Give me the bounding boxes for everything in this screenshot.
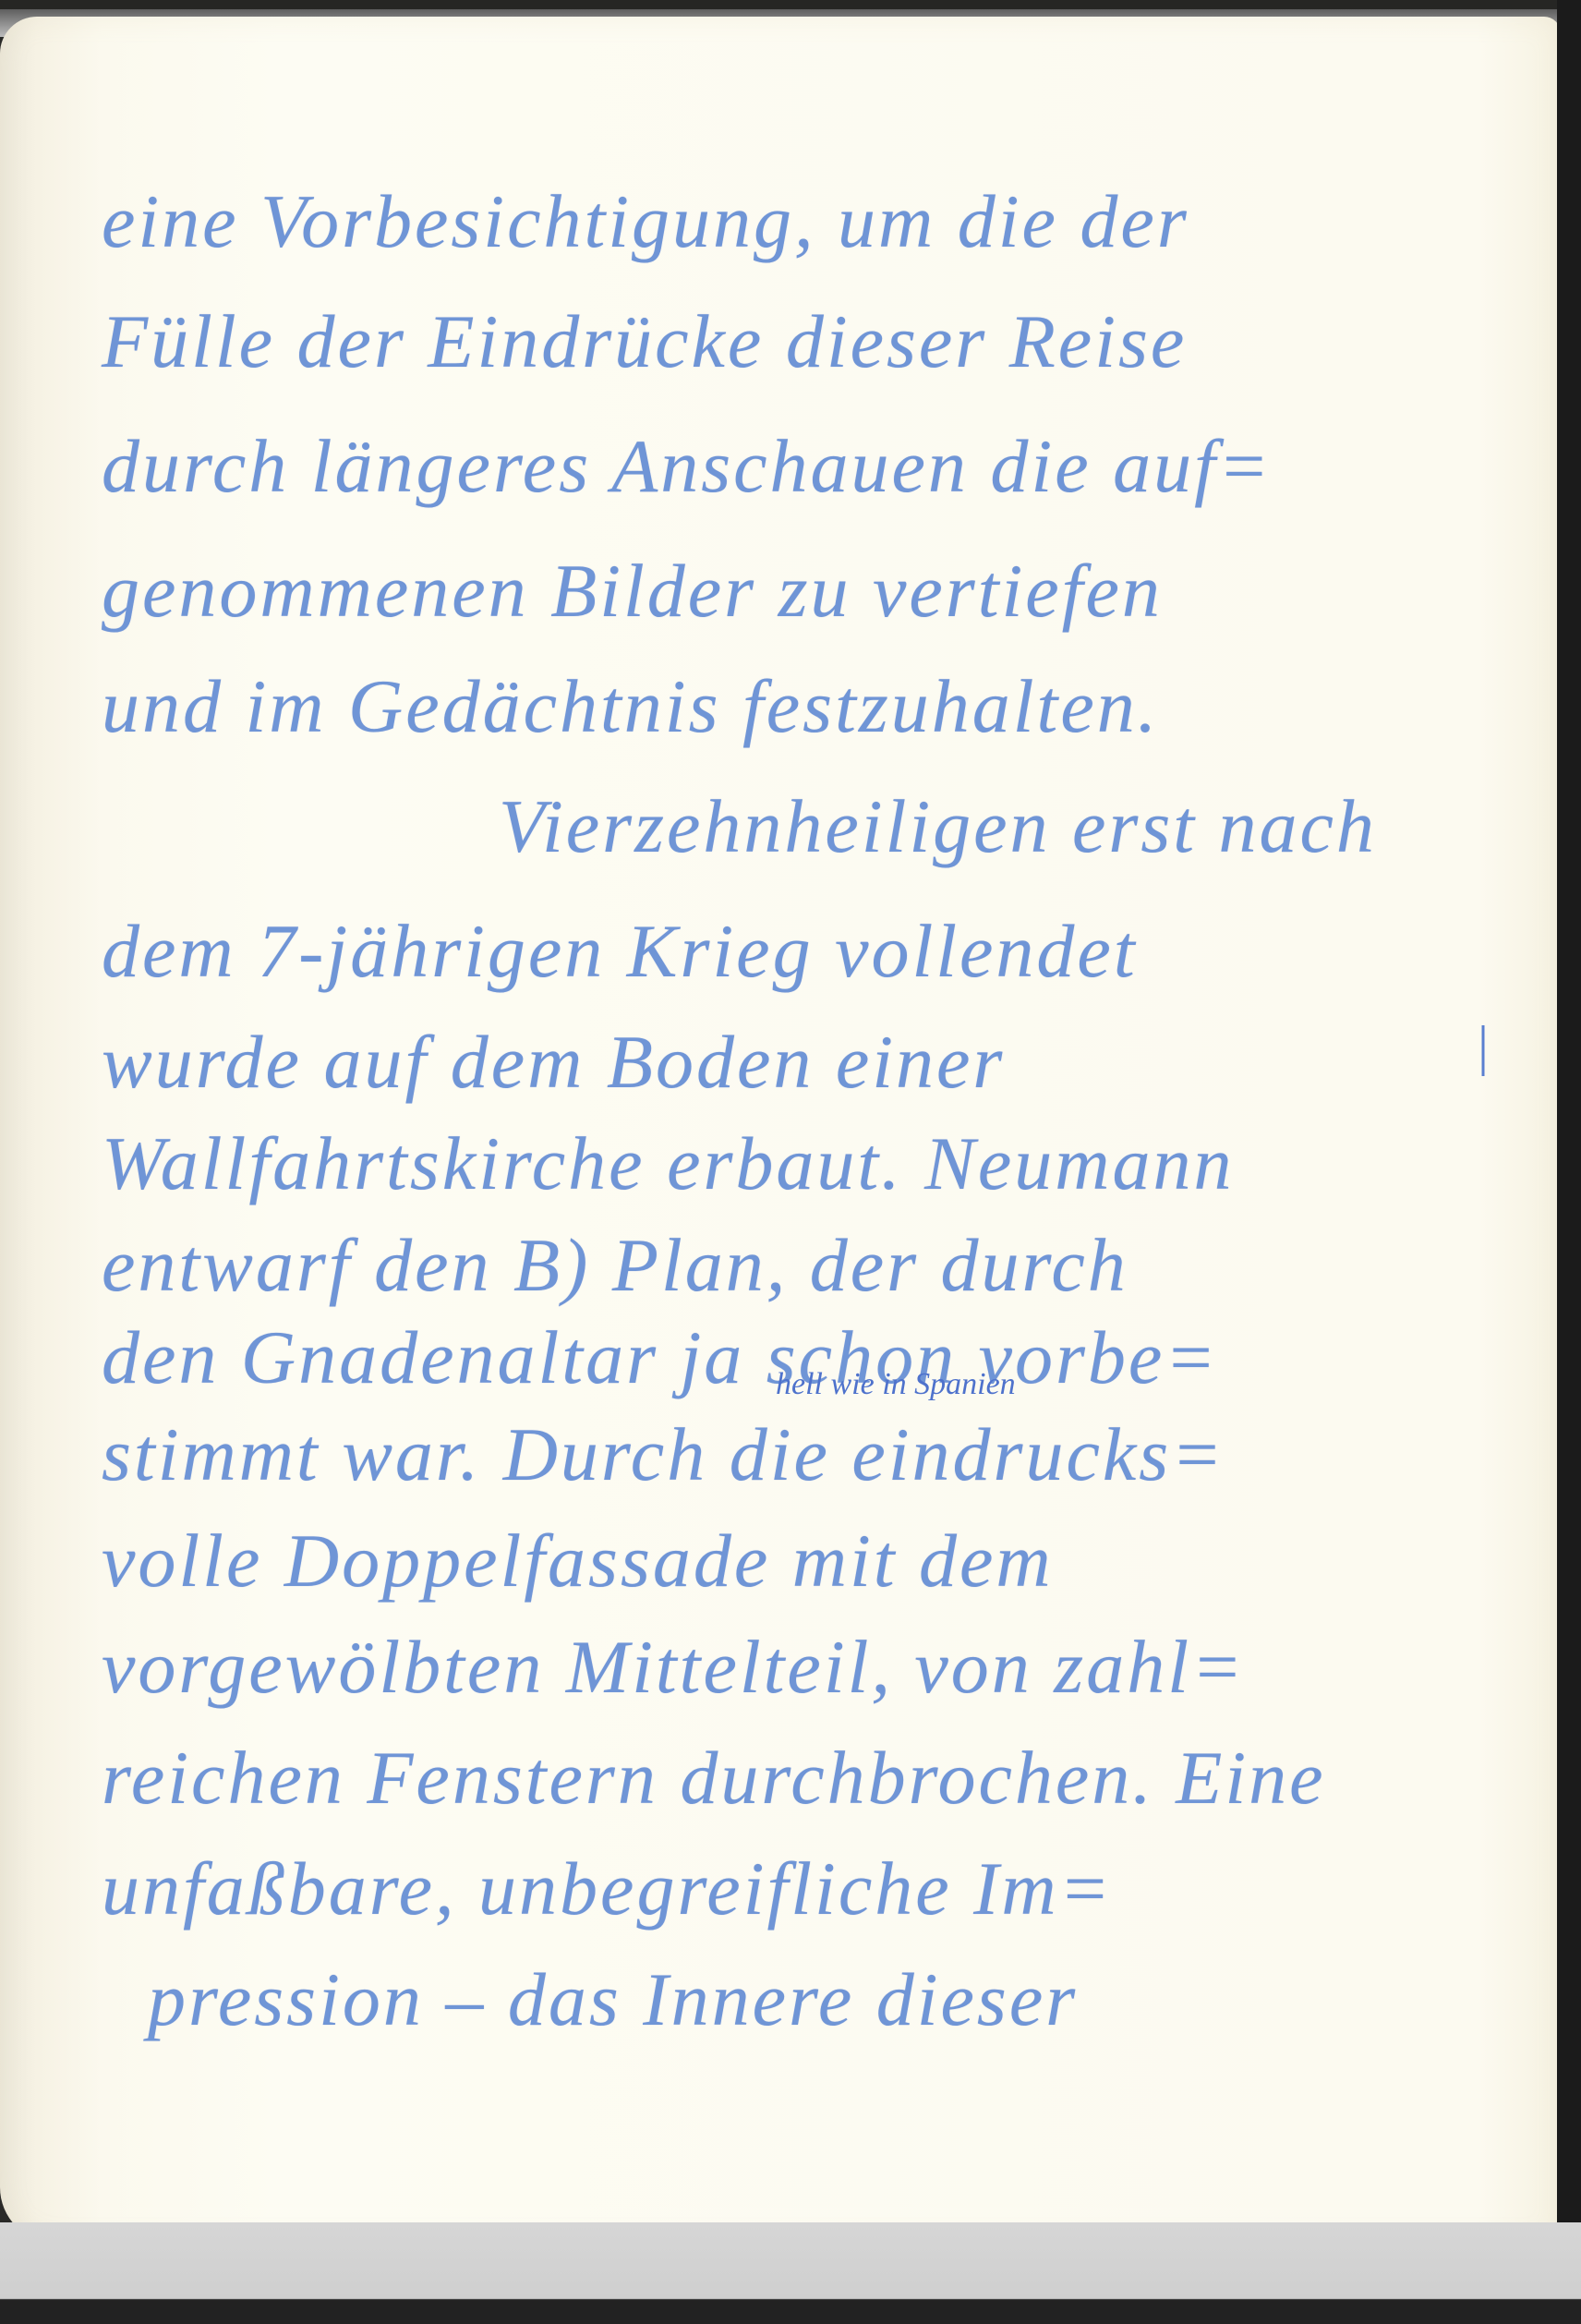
handwritten-line-12: stimmt war. Durch die eindrucks= xyxy=(102,1411,1225,1498)
handwritten-line-11: den Gnadenaltar ja schon vorbe= xyxy=(102,1314,1219,1401)
handwritten-line-7: dem 7-jährigen Krieg vollendet xyxy=(102,908,1138,995)
scanner-bottom-strip xyxy=(0,2222,1581,2324)
handwritten-line-2: Fülle der Eindrücke dieser Reise xyxy=(102,298,1187,385)
margin-tick-mark: | xyxy=(1478,1014,1489,1078)
notebook-page: eine Vorbesichtigung, um die der Fülle d… xyxy=(0,17,1561,2243)
handwritten-line-17: pression – das Innere dieser xyxy=(148,1956,1078,2043)
handwritten-line-3: durch längeres Anschauen die auf= xyxy=(102,423,1272,510)
handwritten-line-10: entwarf den B) Plan, der durch xyxy=(102,1222,1128,1309)
handwritten-line-8: wurde auf dem Boden einer xyxy=(102,1019,1005,1106)
handwritten-line-16: unfaßbare, unbegreifliche Im= xyxy=(102,1846,1113,1932)
scanner-right-edge xyxy=(1557,0,1581,2324)
handwritten-line-13: volle Doppelfassade mit dem xyxy=(102,1518,1054,1604)
handwritten-line-15: reichen Fenstern durchbrochen. Eine xyxy=(102,1735,1326,1822)
handwritten-line-6: Vierzehnheiligen erst nach xyxy=(499,783,1377,870)
interlinear-note: hell wie in Spanien xyxy=(776,1367,1016,1402)
handwritten-line-5: und im Gedächtnis festzuhalten. xyxy=(102,663,1159,750)
handwritten-line-14: vorgewölbten Mittelteil, von zahl= xyxy=(102,1624,1245,1711)
handwritten-line-9: Wallfahrtskirche erbaut. Neumann xyxy=(102,1120,1234,1207)
handwritten-line-1: eine Vorbesichtigung, um die der xyxy=(102,178,1189,265)
handwritten-line-4: genommenen Bilder zu vertiefen xyxy=(102,548,1163,635)
